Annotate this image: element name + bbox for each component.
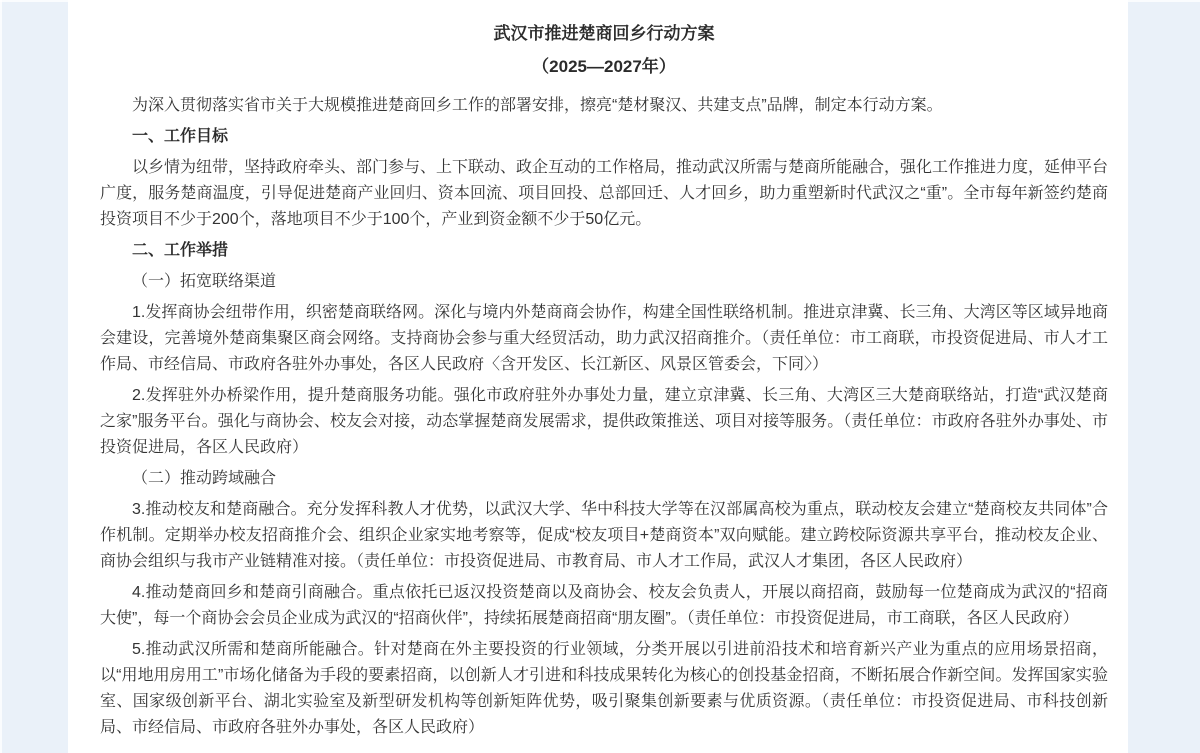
- window-left-hairline: [0, 0, 2, 753]
- document-body: 武汉市推进楚商回乡行动方案 （2025—2027年） 为深入贯彻落实省市关于大规…: [68, 0, 1128, 741]
- document-title: 武汉市推进楚商回乡行动方案: [100, 20, 1108, 47]
- section-heading-work-goals: 一、工作目标: [100, 124, 1108, 150]
- subsection-heading-expand-liaison-channels: （一）拓宽联络渠道: [100, 269, 1108, 295]
- measure-item-4: 4.推动楚商回乡和楚商引商融合。重点依托已返汉投资楚商以及商协会、校友会负责人，…: [100, 580, 1108, 632]
- measure-item-5: 5.推动武汉所需和楚商所能融合。针对楚商在外主要投资的行业领域，分类开展以引进前…: [100, 637, 1108, 741]
- subsection-heading-cross-domain-integration: （二）推动跨域融合: [100, 466, 1108, 492]
- work-goals-paragraph: 以乡情为纽带，坚持政府牵头、部门参与、上下联动、政企互动的工作格局，推动武汉所需…: [100, 155, 1108, 233]
- measure-item-3: 3.推动校友和楚商融合。充分发挥科教人才优势，以武汉大学、华中科技大学等在汉部属…: [100, 497, 1108, 575]
- measure-item-1: 1.发挥商协会纽带作用，织密楚商联络网。深化与境内外楚商商会协作，构建全国性联络…: [100, 300, 1108, 378]
- document-subtitle: （2025—2027年）: [100, 53, 1108, 80]
- section-heading-work-measures: 二、工作举措: [100, 238, 1108, 264]
- intro-paragraph: 为深入贯彻落实省市关于大规模推进楚商回乡工作的部署安排，擦亮“楚材聚汉、共建支点…: [100, 93, 1108, 119]
- document-page: 武汉市推进楚商回乡行动方案 （2025—2027年） 为深入贯彻落实省市关于大规…: [68, 0, 1128, 753]
- measure-item-2: 2.发挥驻外办桥梁作用，提升楚商服务功能。强化市政府驻外办事处力量，建立京津冀、…: [100, 383, 1108, 461]
